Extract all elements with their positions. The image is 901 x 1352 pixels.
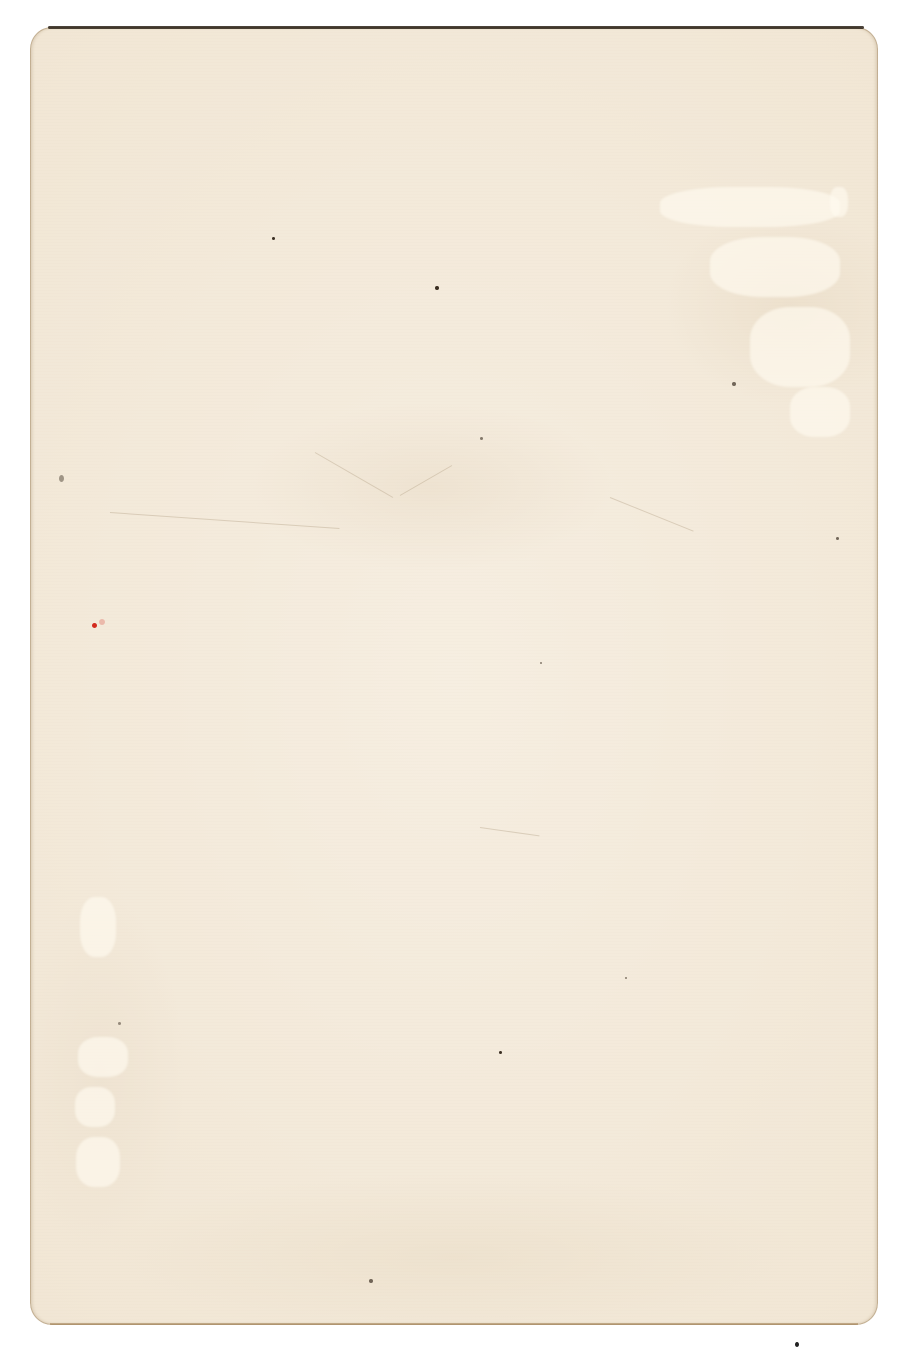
red-spot-faint (99, 619, 105, 625)
scuff-mark (750, 307, 850, 387)
scuff-mark (75, 1087, 115, 1127)
speck (540, 662, 542, 664)
scuff-mark (78, 1037, 128, 1077)
speck (59, 475, 64, 482)
scuff-mark (660, 187, 840, 227)
speck (118, 1022, 121, 1025)
speck (369, 1279, 373, 1283)
card-bottom-edge (50, 1323, 858, 1325)
crease-line (610, 497, 694, 532)
scuff-mark (80, 897, 116, 957)
crease-line (480, 827, 540, 836)
speck (732, 382, 736, 386)
cabinet-card-back (30, 27, 878, 1325)
red-spot (92, 623, 97, 628)
speck (480, 437, 483, 440)
crease-line (110, 512, 340, 529)
crease-line (315, 452, 393, 498)
outside-speck (795, 1342, 799, 1347)
speck (836, 537, 839, 540)
scuff-mark (710, 237, 840, 297)
scanned-card-scene (0, 0, 901, 1352)
speck (625, 977, 627, 979)
speck (272, 237, 275, 240)
scuff-mark (76, 1137, 120, 1187)
speck (499, 1051, 502, 1054)
card-top-edge (48, 26, 864, 29)
speck (435, 286, 439, 290)
scuff-mark (790, 387, 850, 437)
crease-line (400, 465, 452, 496)
scuff-mark (830, 187, 848, 217)
